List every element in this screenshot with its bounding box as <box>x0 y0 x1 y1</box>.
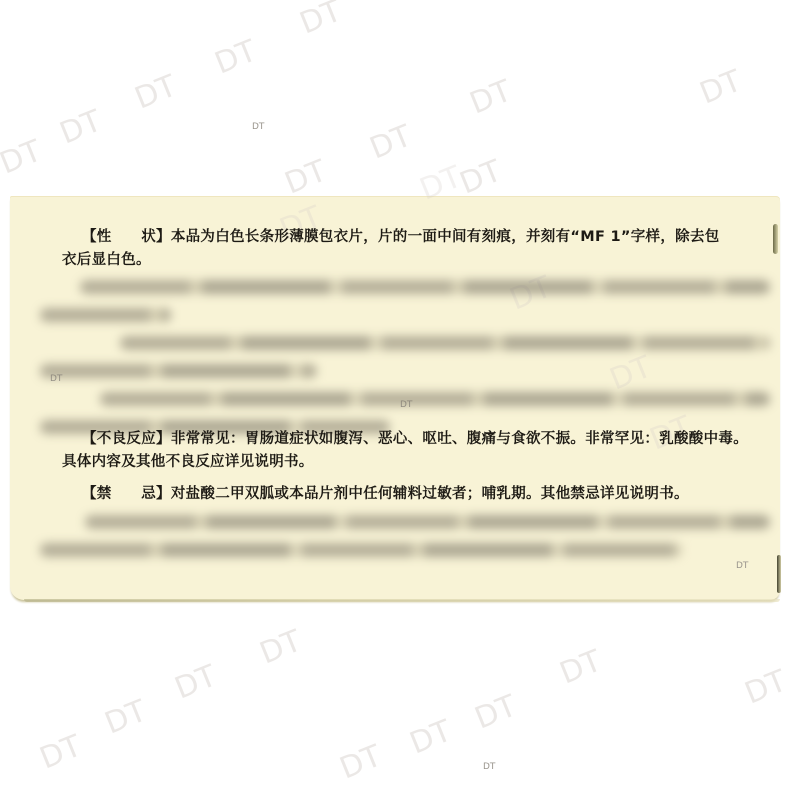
description-text-1: 本品为白色长条形薄膜包衣片，片的一面中间有刻痕，并刻有“MF 1”字样，除去包 <box>171 229 720 245</box>
adverse-reactions-line-1: 【不良反应】非常常见：胃肠道症状如腹泻、恶心、呕吐、腹痛与食欲不振。非常罕见：乳… <box>62 428 762 451</box>
watermark: DT <box>295 0 347 41</box>
adverse-reactions-line-2: 具体内容及其他不良反应详见说明书。 <box>62 451 762 474</box>
watermark: DT <box>0 134 46 182</box>
watermark: DT <box>100 694 152 742</box>
watermark: DT <box>210 34 262 82</box>
box-edge-shadow <box>773 224 778 254</box>
watermark: DT <box>130 69 182 117</box>
redacted-text-block <box>40 505 770 571</box>
watermark: DT <box>465 74 517 122</box>
box-edge-shadow <box>777 555 781 593</box>
description-line-2: 衣后显白色。 <box>62 249 762 272</box>
watermark-small: DT <box>483 762 495 772</box>
watermark: DT <box>365 119 417 167</box>
watermark: DT <box>335 739 387 787</box>
watermark: DT <box>695 64 747 112</box>
contraindications-line-1: 【禁 忌】对盐酸二甲双胍或本品片剂中任何辅料过敏者；哺乳期。其他禁忌详见说明书。 <box>62 483 762 506</box>
watermark: DT <box>170 659 222 707</box>
watermark: DT <box>470 689 522 737</box>
adverse-reactions-text-1: 非常常见：胃肠道症状如腹泻、恶心、呕吐、腹痛与食欲不振。非常罕见：乳酸酸中毒。 <box>171 431 748 447</box>
description-section: 【性 状】本品为白色长条形薄膜包衣片，片的一面中间有刻痕，并刻有“MF 1”字样… <box>62 226 762 272</box>
watermark: DT <box>555 644 607 692</box>
watermark: DT <box>255 624 307 672</box>
watermark-small: DT <box>252 122 264 132</box>
watermark: DT <box>415 160 467 208</box>
contraindications-section: 【禁 忌】对盐酸二甲双胍或本品片剂中任何辅料过敏者；哺乳期。其他禁忌详见说明书。 <box>62 483 762 506</box>
redacted-text-block <box>40 270 770 448</box>
watermark: DT <box>740 664 792 712</box>
watermark: DT <box>35 729 87 777</box>
watermark: DT <box>280 154 332 202</box>
adverse-reactions-tag: 【不良反应】 <box>82 431 171 447</box>
description-tag: 【性 状】 <box>82 229 171 245</box>
watermark: DT <box>405 714 457 762</box>
contraindications-text-1: 对盐酸二甲双胍或本品片剂中任何辅料过敏者；哺乳期。其他禁忌详见说明书。 <box>171 486 689 502</box>
contraindications-tag: 【禁 忌】 <box>82 486 171 502</box>
adverse-reactions-section: 【不良反应】非常常见：胃肠道症状如腹泻、恶心、呕吐、腹痛与食欲不振。非常罕见：乳… <box>62 428 762 474</box>
watermark: DT <box>55 104 107 152</box>
watermark: DT <box>455 154 507 202</box>
description-line-1: 【性 状】本品为白色长条形薄膜包衣片，片的一面中间有刻痕，并刻有“MF 1”字样… <box>62 226 762 249</box>
